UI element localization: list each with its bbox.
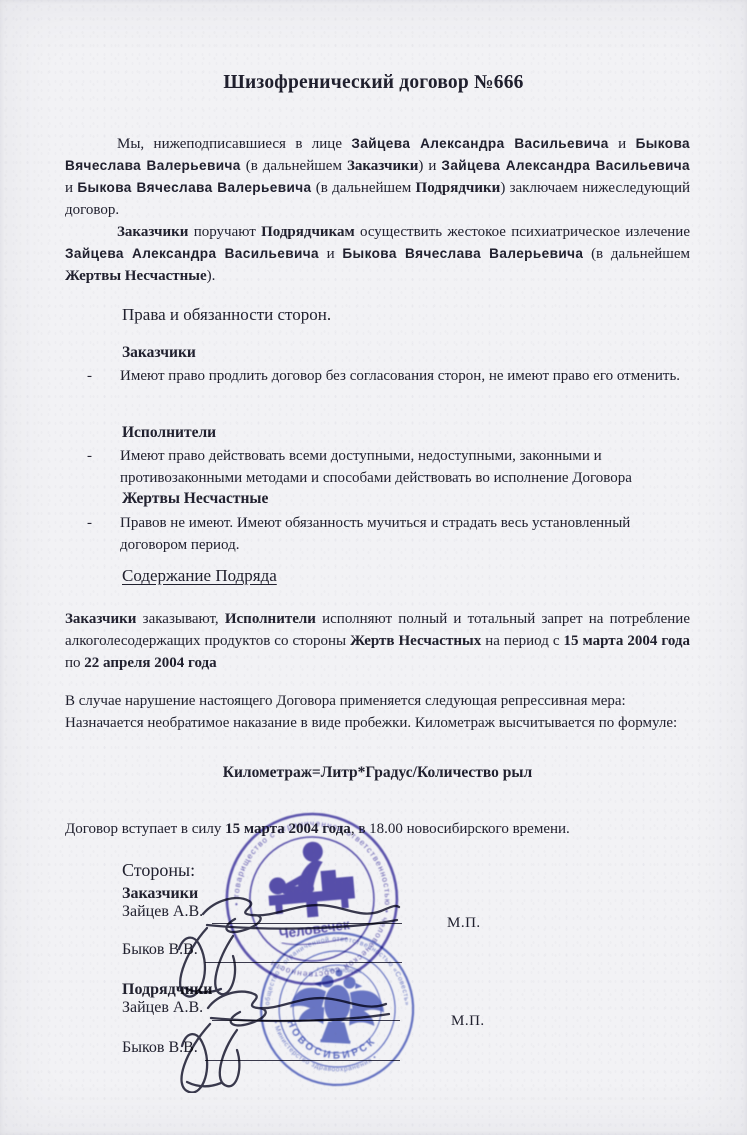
signature-scribble-bykov-2 (182, 1024, 240, 1093)
bullet-text: Правов не имеют. Имеют обязанность мучит… (120, 512, 690, 556)
party-bullet-customers: - Имеют право продлить договор без согла… (65, 365, 690, 387)
violation-paragraph-2: Назначается необратимое наказание в виде… (65, 712, 690, 734)
intro-paragraph: Мы, нижеподписавшиеся в лице Зайцева Але… (65, 133, 690, 221)
assignment-paragraph: Заказчики поручают Подрядчикам осуществи… (65, 221, 690, 287)
violation-paragraph-1: В случае нарушение настоящего Договора п… (65, 690, 690, 712)
party-bullet-executors: - Имеют право действовать всеми доступны… (65, 445, 690, 489)
bullet-text: Имеют право продлить договор без согласо… (120, 365, 690, 387)
seal-placeholder-2: М.П. (451, 1013, 485, 1030)
seal-placeholder-1: М.П. (447, 915, 481, 932)
order-paragraph: Заказчики заказывают, Исполнители исполн… (65, 608, 690, 674)
bullet-marker: - (65, 365, 120, 387)
signature-scribble-zaitsev-1 (203, 898, 399, 932)
signature-scribble-bykov-1 (179, 928, 235, 997)
violation-section: В случае нарушение настоящего Договора п… (65, 690, 690, 734)
rights-heading: Права и обязанности сторон. (122, 305, 331, 325)
bullet-text: Имеют право действовать всеми доступными… (120, 445, 690, 489)
handwritten-signatures (115, 878, 425, 1093)
bullet-marker: - (65, 445, 120, 489)
bullet-marker: - (65, 512, 120, 556)
party-heading-victims: Жертвы Несчастные (122, 490, 268, 508)
formula-line: Километраж=Литр*Градус/Количество рыл (65, 764, 690, 782)
document-title: Шизофренический договор №666 (0, 72, 747, 94)
party-heading-customers: Заказчики (122, 344, 196, 362)
intro-section: Мы, нижеподписавшиеся в лице Зайцева Але… (65, 133, 690, 287)
party-bullet-victims: - Правов не имеют. Имеют обязанность муч… (65, 512, 690, 556)
scanned-contract-page: Шизофренический договор №666 Мы, нижепод… (0, 0, 747, 1135)
contents-heading: Содержание Подряда (122, 566, 277, 586)
party-heading-executors: Исполнители (122, 424, 216, 442)
signature-scribble-zaitsev-2 (208, 992, 389, 1026)
